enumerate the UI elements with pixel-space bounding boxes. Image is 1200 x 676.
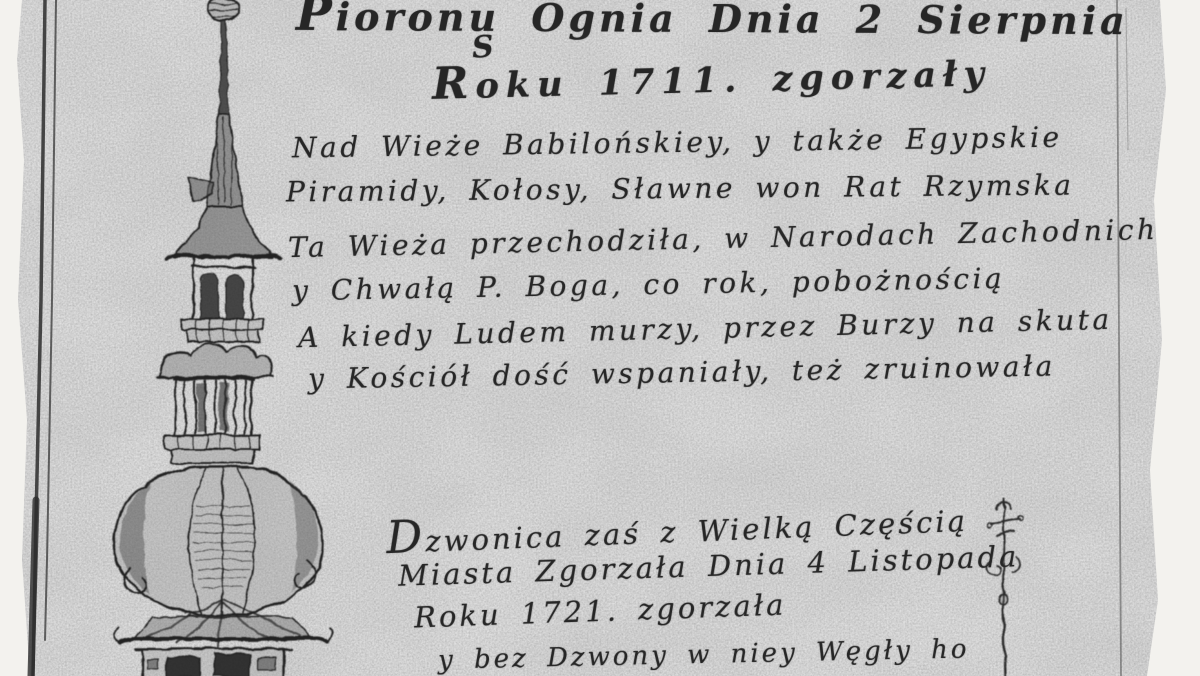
title-line-1: Pioronu Ognia Dnia 2 Sierpnia xyxy=(296,0,1129,46)
paragraph2-line: y bez Dzwony w niey Węgły ho xyxy=(438,634,970,675)
paragraph1-line: Ta Wieża przechodziła, w Narodach Zachod… xyxy=(288,213,1159,264)
manuscript-page: Pioronu Ognia Dnia 2 Sierpnia S Roku 171… xyxy=(0,0,1200,676)
paragraph1-line: Nad Wieże Babilońskiey, y także Egypskie xyxy=(292,121,1063,165)
handwriting-layer: Pioronu Ognia Dnia 2 Sierpnia S Roku 171… xyxy=(0,0,1200,676)
paragraph1-line: y Chwałą P. Boga, co rok, pobożnością xyxy=(292,262,1006,307)
title-line-2: Roku 1711. zgorzały xyxy=(431,45,991,110)
paragraph1-line: y Kościół dość wspaniały, też zruinowała xyxy=(308,349,1056,395)
paragraph1-line: Piramidy, Kołosy, Sławne won Rat Rzymska xyxy=(286,169,1075,209)
paragraph1-line: A kiedy Ludem murzy, przez Burzy na skut… xyxy=(298,303,1113,354)
paragraph2-line: Roku 1721. zgorzała xyxy=(414,588,787,635)
